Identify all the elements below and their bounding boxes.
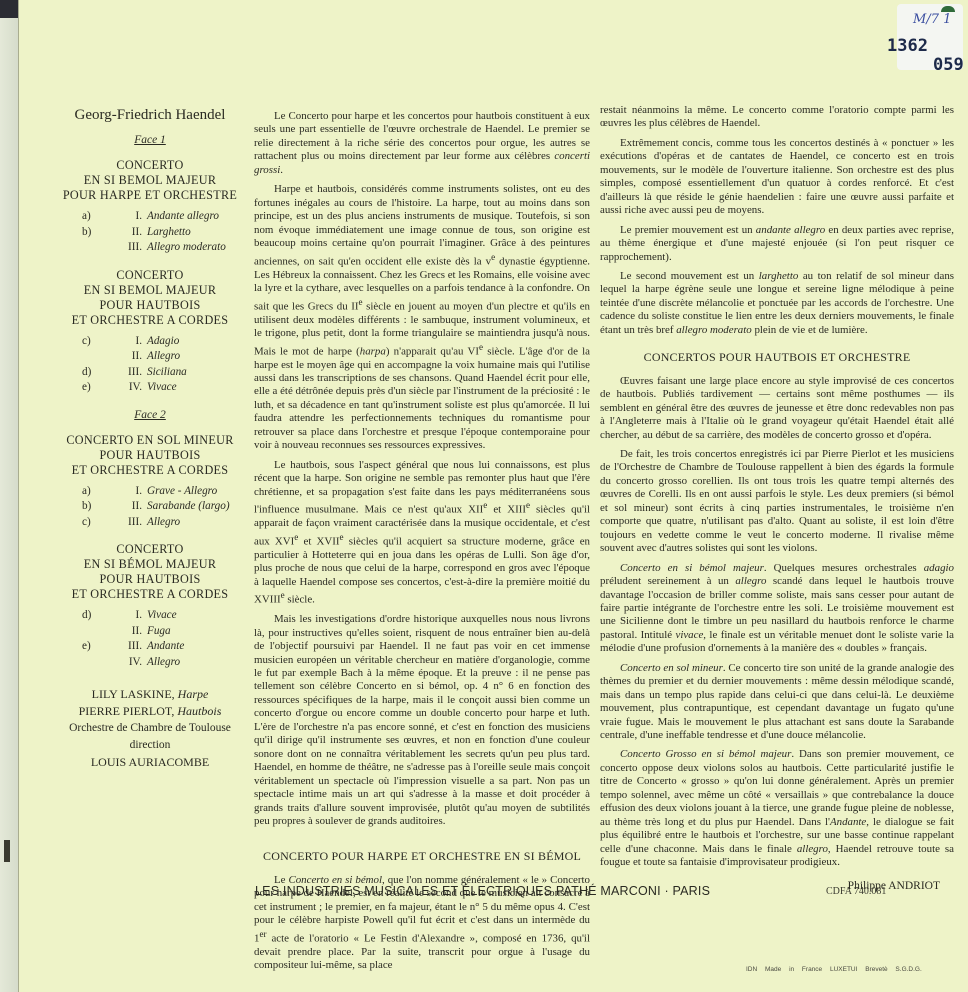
- oboe-paragraphs: Œuvres faisant une large place encore au…: [600, 375, 954, 870]
- movement: a)I.Andante allegro: [52, 209, 248, 225]
- movement: II.Allegro: [52, 349, 248, 365]
- essay-paragraph: Harpe et hautbois, considérés comme inst…: [254, 183, 590, 452]
- work-title: CONCERTOEN SI BEMOL MAJEURPOUR HAUTBOISE…: [52, 268, 248, 328]
- conductor-name: LOUIS AURIACOMBE: [52, 754, 248, 771]
- sticker-number-top: 1362: [887, 36, 928, 56]
- essay-paragraph: Concerto en sol mineur. Ce concerto tire…: [600, 662, 954, 743]
- fine-print: IDN Made in France LUXETUI Brevetè S.G.D…: [746, 966, 922, 973]
- harp-concerto-heading: CONCERTO POUR HARPE ET ORCHESTRE EN SI B…: [254, 850, 590, 863]
- essay-paragraph: De fait, les trois concertos enregistrés…: [600, 448, 954, 556]
- sticker-number-bottom: 059: [933, 55, 964, 75]
- essay-paragraph: Œuvres faisant une large place encore au…: [600, 375, 954, 442]
- work-title: CONCERTO EN SOL MINEURPOUR HAUTBOISET OR…: [52, 433, 248, 478]
- movement: IV.Allegro: [52, 655, 248, 671]
- composer-name: Georg-Friedrich Haendel: [52, 108, 248, 123]
- tracklist-column: Georg-Friedrich Haendel Face 1CONCERTOEN…: [52, 108, 248, 771]
- oboe-concertos-heading: CONCERTOS POUR HAUTBOIS ET ORCHESTRE: [600, 351, 954, 364]
- performer: LILY LASKINE, Harpe: [52, 686, 248, 703]
- movement: c)III.Allegro: [52, 515, 248, 531]
- movement: d)III.Siciliana: [52, 365, 248, 381]
- movement: d)I.Vivace: [52, 608, 248, 624]
- essay-column-right: restait néanmoins la même. Le concerto c…: [600, 104, 954, 893]
- harp-paragraphs: restait néanmoins la même. Le concerto c…: [600, 104, 954, 337]
- movement-list: c)I.AdagioII.Allegrod)III.Sicilianae)IV.…: [52, 334, 248, 396]
- spine-mark: [4, 840, 10, 862]
- library-sticker: M/7 1 1362 059: [897, 4, 963, 70]
- publisher-line: LES INDUSTRIES MUSICALES ET ÉLECTRIQUES …: [255, 884, 710, 898]
- movement-list: a)I.Grave - Allegrob)II.Sarabande (largo…: [52, 484, 248, 531]
- movement: b)II.Sarabande (largo): [52, 499, 248, 515]
- intro-paragraphs: Le Concerto pour harpe et les concertos …: [254, 110, 590, 828]
- essay-paragraph: Le premier mouvement est un andante alle…: [600, 224, 954, 264]
- movement: e)IV.Vivace: [52, 380, 248, 396]
- essay-paragraph: Le hautbois, sous l'aspect général que n…: [254, 459, 590, 607]
- movement: e)III.Andante: [52, 639, 248, 655]
- movement-list: d)I.VivaceII.Fugae)III.AndanteIV.Allegro: [52, 608, 248, 670]
- movement: II.Fuga: [52, 624, 248, 640]
- essay-paragraph: Extrêmement concis, comme tous les conce…: [600, 137, 954, 218]
- performers: LILY LASKINE, HarpePIERRE PIERLOT, Hautb…: [52, 686, 248, 771]
- essay-paragraph: Concerto en si bémol majeur. Quelques me…: [600, 562, 954, 656]
- work-title: CONCERTOEN SI BÉMOL MAJEURPOUR HAUTBOISE…: [52, 542, 248, 602]
- direction-label: direction: [52, 737, 248, 754]
- face-label: Face 1: [52, 133, 248, 148]
- face-label: Face 2: [52, 408, 248, 423]
- essay-paragraph: Mais les investigations d'ordre historiq…: [254, 613, 590, 828]
- movement: c)I.Adagio: [52, 334, 248, 350]
- movement: III.Allegro moderato: [52, 240, 248, 256]
- sleeve-spine-edge: [0, 0, 19, 992]
- orchestra-name: Orchestre de Chambre de Toulouse: [52, 720, 248, 737]
- faces-list: Face 1CONCERTOEN SI BEMOL MAJEURPOUR HAR…: [52, 133, 248, 670]
- essay-paragraph: Le Concerto pour harpe et les concertos …: [254, 110, 590, 177]
- performer: PIERRE PIERLOT, Hautbois: [52, 703, 248, 720]
- catalog-number: CDFA 740.081: [826, 886, 886, 897]
- work-title: CONCERTOEN SI BEMOL MAJEURPOUR HARPE ET …: [52, 158, 248, 203]
- movement-list: a)I.Andante allegrob)II.LarghettoIII.All…: [52, 209, 248, 256]
- movement: b)II.Larghetto: [52, 225, 248, 241]
- essay-paragraph: Le second mouvement est un larghetto au …: [600, 270, 954, 337]
- movement: a)I.Grave - Allegro: [52, 484, 248, 500]
- essay-paragraph: Concerto Grosso en si bémol majeur. Dans…: [600, 748, 954, 869]
- essay-column-middle: Le Concerto pour harpe et les concertos …: [254, 110, 590, 979]
- essay-paragraph: restait néanmoins la même. Le concerto c…: [600, 104, 954, 131]
- spine-dark-corner: [0, 0, 18, 18]
- sticker-handwriting: M/7 1: [913, 12, 951, 27]
